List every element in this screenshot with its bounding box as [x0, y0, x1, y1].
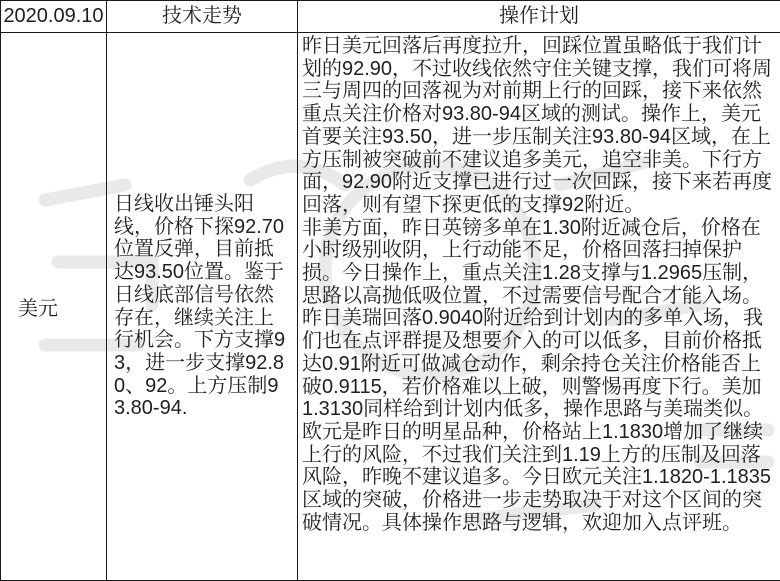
technical-cell: 日线收出锤头阳线，价格下探92.70位置反弹，目前抵达93.50位置。鉴于日线底…	[107, 33, 298, 581]
technical-text: 日线收出锤头阳线，价格下探92.70位置反弹，目前抵达93.50位置。鉴于日线底…	[114, 193, 293, 420]
technical-trend-header: 技术走势	[107, 1, 298, 33]
analysis-sheet: 2020.09.10 技术走势 操作计划 美元 日线收出锤头阳线，价格下探92.…	[0, 0, 780, 581]
date-header: 2020.09.10	[1, 1, 107, 33]
instrument-cell: 美元	[1, 33, 107, 581]
daily-plan-table: 2020.09.10 技术走势 操作计划 美元 日线收出锤头阳线，价格下探92.…	[0, 0, 780, 581]
plan-paragraph-usd: 昨日美元回落后再度拉升，回踩位置虽略低于我们计划的92.90，不过收线依然守住关…	[302, 35, 776, 217]
plan-cell: 昨日美元回落后再度拉升，回踩位置虽略低于我们计划的92.90，不过收线依然守住关…	[298, 33, 780, 581]
operation-plan-header: 操作计划	[298, 1, 780, 33]
table-row: 美元 日线收出锤头阳线，价格下探92.70位置反弹，目前抵达93.50位置。鉴于…	[1, 33, 780, 581]
header-row: 2020.09.10 技术走势 操作计划	[1, 1, 780, 33]
plan-paragraph-nonusd: 非美方面，昨日英镑多单在1.30附近减仓后，价格在小时级别收阴，上行动能不足，价…	[302, 217, 776, 535]
instrument-label: 美元	[18, 298, 58, 320]
